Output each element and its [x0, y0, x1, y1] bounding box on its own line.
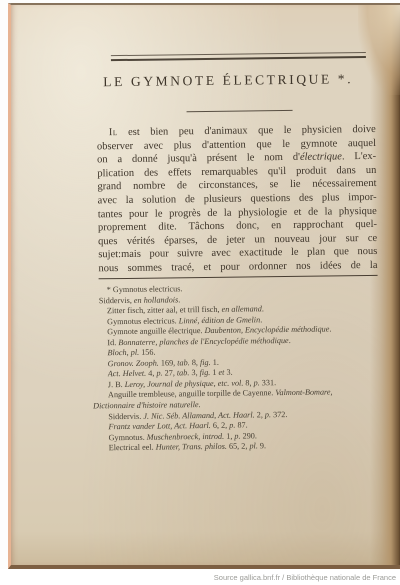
italic-text-segment: Muschenbroeck, introd. [147, 431, 224, 441]
text-segment: Gymnotus. [108, 432, 146, 441]
main-paragraph: Il est bien peu d'animaux que le physici… [97, 123, 378, 276]
italic-text-segment: pl. [249, 442, 258, 451]
text-segment: Anguille trembleuse, anguille torpille d… [108, 389, 275, 400]
printed-content: LE GYMNOTE ÉLECTRIQUE *. Il est bien peu… [8, 3, 400, 568]
gallica-watermark-bar: Source gallica.bnf.fr / Bibliothèque nat… [0, 569, 400, 585]
text-segment: 9. [258, 441, 266, 450]
italic-text-segment: tab. [177, 358, 190, 367]
italic-text-segment: Act. Helvet. [108, 369, 147, 378]
italic-text-segment: Gronov. Zooph. [108, 358, 159, 368]
text-segment: 8, [243, 378, 253, 387]
text-segment: 290. [240, 431, 256, 440]
text-segment: . [289, 336, 291, 345]
footnote-separator-rule [99, 275, 378, 279]
italic-text-segment: Frantz vander Lott, Act. Haarl. [108, 421, 211, 431]
text-segment: . [329, 325, 331, 334]
text-segment: 3. [224, 368, 232, 377]
double-rule-ornament [111, 52, 366, 61]
italic-text-segment: en allemand [222, 304, 262, 313]
text-segment: nous sommes tracé, et pour ordonner nos … [98, 260, 377, 274]
scanned-book-page: LE GYMNOTE ÉLECTRIQUE *. Il est bien peu… [0, 0, 400, 585]
text-segment: . L'ex- [342, 151, 376, 162]
text-segment: Zitter fisch, zitter aal, et trill fisch… [107, 305, 222, 315]
text-segment: 331. [260, 378, 276, 387]
text-segment: . [262, 304, 264, 313]
paragraph-line: nous sommes tracé, et pour ordonner nos … [98, 259, 377, 276]
italic-text-segment: en hollandois [134, 295, 178, 305]
italic-text-segment: électrique [300, 152, 342, 164]
italic-text-segment: Leroy, Journal de physique, etc. vol. [125, 378, 244, 388]
text-segment: Il [109, 127, 118, 138]
text-segment: 1, [224, 431, 234, 440]
text-segment: J. B. [108, 380, 125, 389]
text-segment: 65, 2, [227, 442, 250, 451]
footnote-line: Electrical eel. Hunter, Trans. philos. 6… [109, 440, 386, 454]
text-segment: 2, [255, 410, 265, 419]
text-segment: 4, [146, 369, 156, 378]
footnotes-block: * Gymnotus electricus.Siddervis, en holl… [92, 282, 386, 454]
text-segment: 156. [139, 348, 155, 357]
text-segment: avec la solution de plusieurs questions … [98, 192, 377, 206]
italic-text-segment: Hunter, Trans. philos. [156, 442, 227, 452]
page-title: LE GYMNOTE ÉLECTRIQUE *. [88, 71, 368, 90]
italic-text-segment: Dictionnaire d'histoire naturelle. [93, 400, 201, 410]
text-segment: . [178, 295, 180, 304]
text-segment: 169, [159, 358, 178, 367]
gallica-source-text: Source gallica.bnf.fr / Bibliothèque nat… [214, 573, 396, 582]
book-page: LE GYMNOTE ÉLECTRIQUE *. Il est bien peu… [8, 3, 400, 569]
text-segment: Id. [107, 338, 118, 347]
text-segment: proprement dite. Tâchons donc, en rappro… [98, 219, 377, 233]
text-segment: 1. [211, 358, 219, 367]
italic-text-segment: tab. [177, 369, 190, 378]
text-segment: Siddervis. [108, 411, 143, 420]
text-segment: on a donné jusqu'à présent le nom d' [97, 152, 300, 165]
text-segment: 1 [210, 368, 218, 377]
italic-text-segment: Daubenton, Encyclopédie méthodique [205, 325, 330, 336]
text-segment: * Gymnotus electricus. [107, 284, 183, 294]
text-segment: 6, 2, [211, 421, 230, 430]
italic-text-segment: fig. [200, 358, 211, 367]
text-segment: 87. [235, 421, 247, 430]
text-segment: . [260, 315, 262, 324]
text-segment: 3, [189, 368, 199, 377]
italic-text-segment: Linné, édition de Gmelin [179, 315, 261, 325]
text-segment: Gymnotus electricus. [107, 316, 179, 326]
italic-text-segment: J. Nic. Séb. Allamand, Act. Haarl. [143, 410, 254, 420]
title-separator-rule [187, 110, 293, 112]
italic-text-segment: Valmont-Bomare, [275, 388, 332, 398]
text-segment: Gymnote anguille électrique. [107, 326, 204, 336]
italic-text-segment: Bloch, pl. [107, 348, 139, 357]
text-segment: 8, [190, 358, 200, 367]
text-segment: Siddervis, [99, 295, 134, 304]
text-segment: est bien peu d'animaux que le physicien … [118, 124, 376, 138]
text-segment: 372. [271, 410, 287, 419]
text-segment: Electrical eel. [109, 443, 156, 453]
italic-text-segment: fig. [200, 368, 211, 377]
text-segment: 27, [163, 369, 177, 378]
italic-text-segment: Bonnaterre, planches de l'Encyclopédie m… [118, 336, 288, 347]
